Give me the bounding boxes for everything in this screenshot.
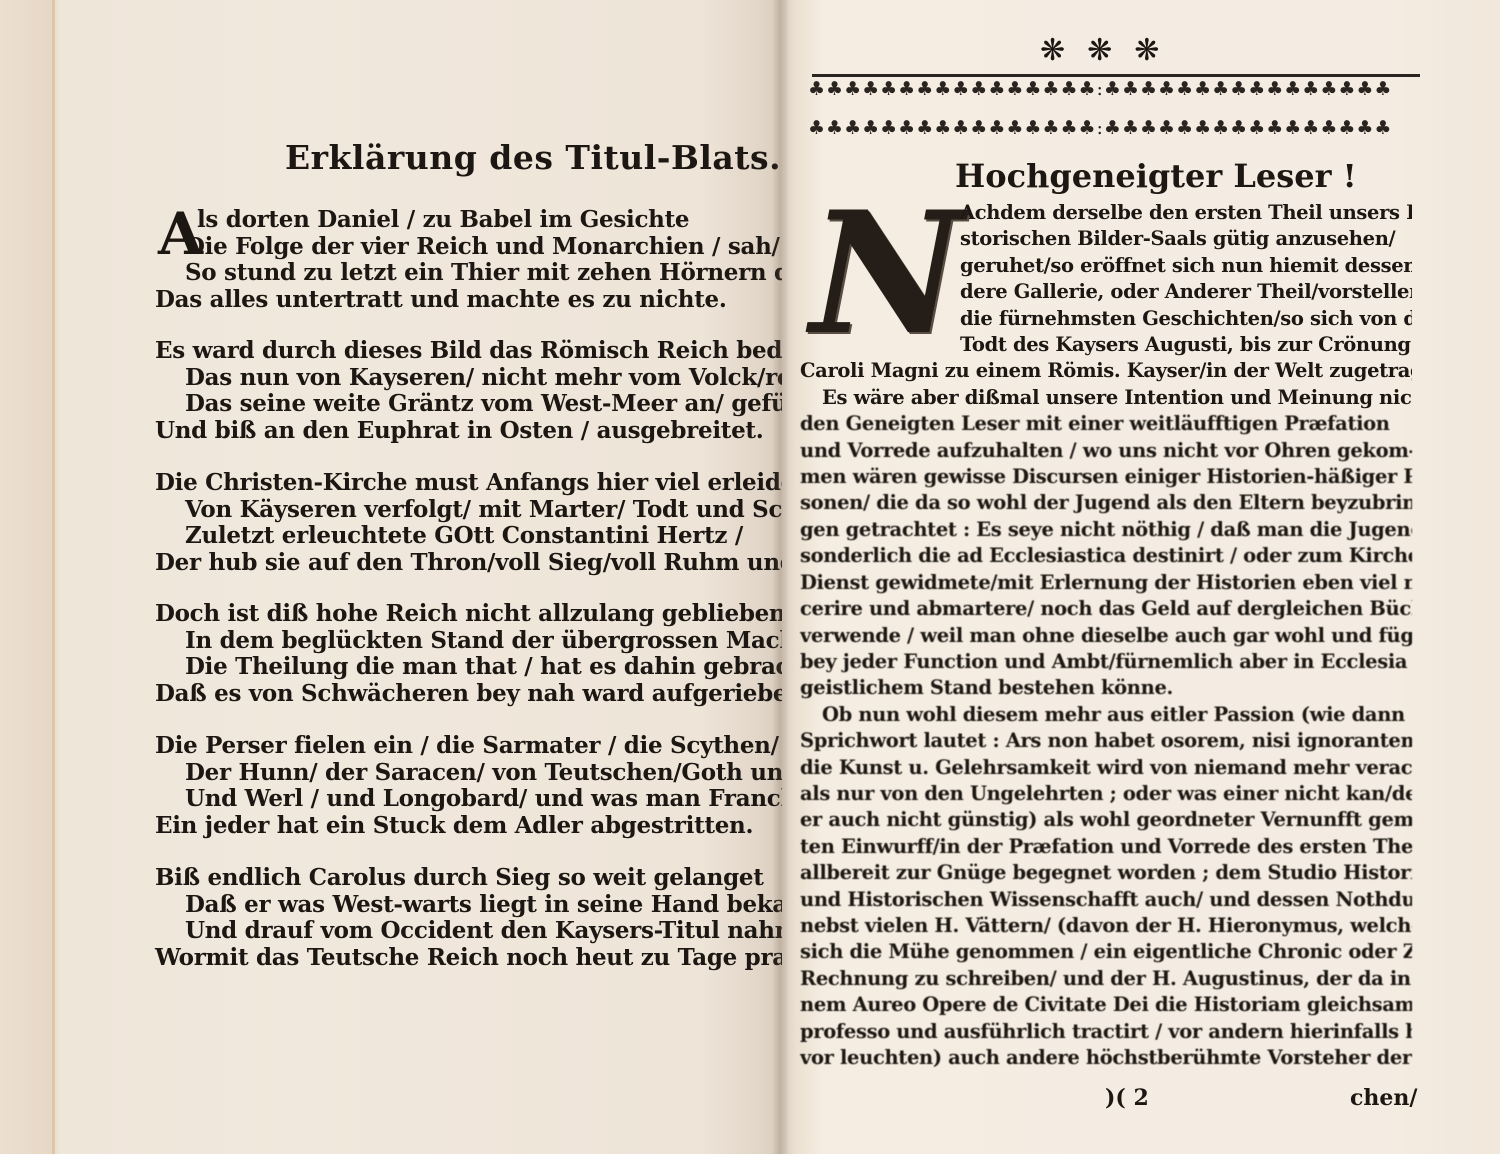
stanza: ls dorten Daniel / zu Babel im GesichteD… xyxy=(155,207,795,313)
prose-line: geistlichem Stand bestehen könne. xyxy=(800,675,1412,701)
verse-line: Der hub sie auf den Thron/voll Sieg/voll… xyxy=(155,550,795,577)
prose-line: storischen Bilder-Saals gütig anzusehen/ xyxy=(800,226,1412,252)
ornament-row: ♣♣♣♣♣♣♣♣♣♣♣♣♣♣♣♣:♣♣♣♣♣♣♣♣♣♣♣♣♣♣♣♣ xyxy=(808,119,1420,138)
prose-line: nem Aureo Opere de Civitate Dei die Hist… xyxy=(800,992,1412,1018)
prose-line: die fürnehmsten Geschichten/so sich von … xyxy=(800,306,1412,332)
signature-mark: )( 2 xyxy=(1105,1085,1149,1111)
prose-line: men wären gewisse Discursen einiger Hist… xyxy=(800,464,1412,490)
flower-icon: ❋ xyxy=(1134,36,1159,66)
verse-line: Das alles untertratt und machte es zu ni… xyxy=(155,287,795,314)
stanza: Die Perser fielen ein / die Sarmater / d… xyxy=(155,733,795,839)
prose-line: als nur von den Ungelehrten ; oder was e… xyxy=(800,781,1412,807)
catchword: chen/ xyxy=(1350,1085,1417,1111)
prose-body: Achdem derselbe den ersten Theil unsers … xyxy=(800,200,1412,1071)
verse-line: Zuletzt erleuchtete GOtt Constantini Her… xyxy=(155,523,795,550)
prose-line: Todt des Kaysers Augusti, bis zur Crönun… xyxy=(800,332,1412,358)
prose-line: sonen/ die da so wohl der Jugend als den… xyxy=(800,490,1412,516)
stanza: Es ward durch dieses Bild das Römisch Re… xyxy=(155,338,795,444)
stanza: Biß endlich Carolus durch Sieg so weit g… xyxy=(155,865,795,971)
right-page-title: Hochgeneigter Leser ! xyxy=(955,157,1357,195)
ornament-row: ♣♣♣♣♣♣♣♣♣♣♣♣♣♣♣♣:♣♣♣♣♣♣♣♣♣♣♣♣♣♣♣♣ xyxy=(808,80,1420,99)
verse-line: Doch ist diß hohe Reich nicht allzulang … xyxy=(155,601,795,628)
verse-line: Und drauf vom Occident den Kaysers-Titul… xyxy=(155,918,795,945)
verse-line: Das nun von Kayseren/ nicht mehr vom Vol… xyxy=(155,365,795,392)
prose-line: gen getrachtet : Es seye nicht nöthig / … xyxy=(800,517,1412,543)
prose-line: Rechnung zu schreiben/ und der H. August… xyxy=(800,966,1412,992)
prose-line: nebst vielen H. Vättern/ (davon der H. H… xyxy=(800,913,1412,939)
verse-line: Von Käyseren verfolgt/ mit Marter/ Todt … xyxy=(155,497,795,524)
book-spread: Erklärung des Titul-Blats. A ls dorten D… xyxy=(0,0,1500,1154)
gutter xyxy=(772,0,788,1154)
ornament-band: ♣♣♣♣♣♣♣♣♣♣♣♣♣♣♣♣:♣♣♣♣♣♣♣♣♣♣♣♣♣♣♣♣ ♣♣♣♣♣♣… xyxy=(808,80,1420,138)
verse-line: Daß er was West-warts liegt in seine Han… xyxy=(155,892,795,919)
left-page: Erklärung des Titul-Blats. A ls dorten D… xyxy=(0,0,782,1154)
verse-line: Und biß an den Euphrat in Osten / ausgeb… xyxy=(155,418,795,445)
prose-line: Es wäre aber dißmal unsere Intention und… xyxy=(800,385,1412,411)
verse-line: Der Hunn/ der Saracen/ von Teutschen/Got… xyxy=(155,760,795,787)
left-page-title: Erklärung des Titul-Blats. xyxy=(285,138,781,177)
prose-line: ten Einwurff/in der Præfation und Vorred… xyxy=(800,834,1412,860)
prose-line: Caroli Magni zu einem Römis. Kayser/in d… xyxy=(800,358,1412,384)
verse-line: Ein jeder hat ein Stuck dem Adler abgest… xyxy=(155,813,795,840)
prose-line: und Vorrede aufzuhalten / wo uns nicht v… xyxy=(800,438,1412,464)
prose-line: Ob nun wohl diesem mehr aus eitler Passi… xyxy=(800,702,1412,728)
verse-line: Und Werl / und Longobard/ und was man Fr… xyxy=(155,786,795,813)
verse-line: So stund zu letzt ein Thier mit zehen Hö… xyxy=(155,260,795,287)
prose-line: den Geneigten Leser mit einer weitläufft… xyxy=(800,411,1412,437)
prose-line: Sprichwort lautet : Ars non habet osorem… xyxy=(800,728,1412,754)
flower-ornaments: ❋ ❋ ❋ xyxy=(1040,36,1159,66)
flower-icon: ❋ xyxy=(1087,36,1112,66)
prose-line: er auch nicht günstig) als wohl geordnet… xyxy=(800,807,1412,833)
prose-line: vor leuchten) auch andere höchstberühmte… xyxy=(800,1045,1412,1071)
verse-line: Daß es von Schwächeren bey nah ward aufg… xyxy=(155,681,795,708)
prose-line: dere Gallerie, oder Anderer Theil/vorste… xyxy=(800,279,1412,305)
prose-line: professo und ausführlich tractirt / vor … xyxy=(800,1019,1412,1045)
prose-line: geruhet/so eröffnet sich nun hiemit dess… xyxy=(800,253,1412,279)
verse-line: Biß endlich Carolus durch Sieg so weit g… xyxy=(155,865,795,892)
prose-line: cerire und abmartere/ noch das Geld auf … xyxy=(800,596,1412,622)
verse-line: Die Folge der vier Reich und Monarchien … xyxy=(155,234,795,261)
verse-line: Wormit das Teutsche Reich noch heut zu T… xyxy=(155,945,795,972)
prose-line: sonderlich die ad Ecclesiastica destinir… xyxy=(800,543,1412,569)
prose-line: die Kunst u. Gelehrsamkeit wird von niem… xyxy=(800,755,1412,781)
prose-line: verwende / weil man ohne dieselbe auch g… xyxy=(800,623,1412,649)
prose-line: allbereit zur Gnüge begegnet worden ; de… xyxy=(800,860,1412,886)
prose-line: Achdem derselbe den ersten Theil unsers … xyxy=(800,200,1412,226)
verse-line: ls dorten Daniel / zu Babel im Gesichte xyxy=(155,207,795,234)
flower-icon: ❋ xyxy=(1040,36,1065,66)
verse-line: Die Perser fielen ein / die Sarmater / d… xyxy=(155,733,795,760)
stanza: Doch ist diß hohe Reich nicht allzulang … xyxy=(155,601,795,707)
verse-line: Es ward durch dieses Bild das Römisch Re… xyxy=(155,338,795,365)
header-rule xyxy=(812,74,1420,77)
verse-line: Die Theilung die man that / hat es dahin… xyxy=(155,654,795,681)
page-edge xyxy=(52,0,55,1154)
prose-line: und Historischen Wissenschafft auch/ und… xyxy=(800,887,1412,913)
prose-line: bey jeder Function und Ambt/fürnemlich a… xyxy=(800,649,1412,675)
stanza: Die Christen-Kirche must Anfangs hier vi… xyxy=(155,470,795,576)
verse-line: In dem beglückten Stand der übergrossen … xyxy=(155,628,795,655)
prose-line: sich die Mühe genommen / ein eigentliche… xyxy=(800,939,1412,965)
prose-line: Dienst gewidmete/mit Erlernung der Histo… xyxy=(800,570,1412,596)
verse-line: Die Christen-Kirche must Anfangs hier vi… xyxy=(155,470,795,497)
verse-line: Das seine weite Gräntz vom West-Meer an/… xyxy=(155,391,795,418)
